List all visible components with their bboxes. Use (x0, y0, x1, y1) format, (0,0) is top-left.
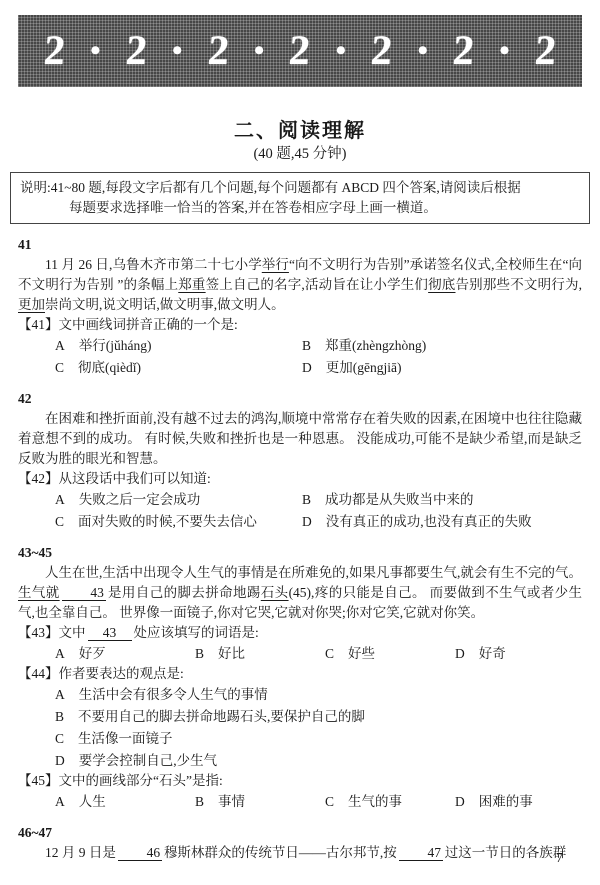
option-label: C (55, 358, 64, 378)
passage-segment: 过这一节日的各族群 (445, 845, 567, 860)
option-label: A (55, 490, 65, 510)
band-dot-icon: • (499, 41, 510, 61)
passage-segment: 是用自己的脚去拼命地踢 (108, 585, 261, 600)
passage-segment: 签上自己的名字,活动旨在让小学生们 (206, 277, 429, 292)
band-numeral: 2 (452, 41, 474, 61)
option-42-a: A失败之后一定会成功 (55, 490, 302, 510)
option-label: B (195, 644, 204, 664)
instructions-line-2: 每题要求选择唯一恰当的答案,并在答卷相应字母上画一横道。 (69, 198, 580, 218)
option-44-b: B不要用自己的脚去拼命地踢石头,要保护自己的脚 (55, 707, 582, 727)
option-42-c: C面对失败的时候,不要失去信心 (55, 512, 302, 532)
band-numeral: 2 (125, 41, 147, 61)
question-number-46-47: 46~47 (18, 823, 582, 843)
option-45-b: B事情 (195, 792, 325, 812)
option-text: 生活中会有很多令人生气的事情 (79, 687, 268, 702)
option-41-d: D更加(gēngjiā) (302, 358, 582, 378)
underlined-word: 举行 (262, 257, 289, 272)
option-text: 好奇 (479, 646, 506, 661)
instructions-line-1: 说明:41~80 题,每段文字后都有几个问题,每个问题都有 ABCD 四个答案,… (20, 178, 580, 198)
option-label: C (55, 729, 64, 749)
options-43: A好歹 B好比 C好些 D好奇 (18, 644, 582, 664)
band-dot-icon: • (90, 41, 101, 61)
fill-blank-47: 47 (399, 845, 443, 861)
option-text: 成功都是从失败当中来的 (325, 492, 474, 507)
option-text: 生活像一面镜子 (78, 731, 173, 746)
option-text: 人生 (79, 794, 106, 809)
question-stem-42: 【42】从这段话中我们可以知道: (18, 469, 582, 489)
option-label: D (455, 792, 465, 812)
page-header-band: 2 • 2 • 2 • 2 • 2 • 2 • 2 (18, 15, 582, 87)
underlined-word: 彻底 (428, 277, 455, 292)
band-dot-icon: • (417, 41, 428, 61)
option-42-b: B成功都是从失败当中来的 (302, 490, 582, 510)
option-41-a: A举行(jǔháng) (55, 336, 302, 356)
option-44-a: A生活中会有很多令人生气的事情 (55, 685, 582, 705)
section-subtitle: (40 题,45 分钟) (18, 144, 582, 164)
option-43-c: C好些 (325, 644, 455, 664)
option-45-a: A人生 (55, 792, 195, 812)
passage-43-45: 人生在世,生活中出现令人生气的事情是在所难免的,如果凡事都要生气,就会有生不完的… (18, 563, 582, 623)
option-label: C (325, 792, 334, 812)
section-title: 二、阅读理解 (18, 121, 582, 141)
option-text: 好比 (218, 646, 245, 661)
option-text: 困难的事 (479, 794, 533, 809)
option-label: C (55, 512, 64, 532)
option-41-b: B郑重(zhèngzhòng) (302, 336, 582, 356)
option-label: A (55, 644, 65, 664)
option-text: 事情 (218, 794, 245, 809)
fill-blank-ref-43: 43 (88, 625, 132, 641)
option-label: A (55, 685, 65, 705)
band-numeral: 2 (289, 41, 311, 61)
option-label: A (55, 792, 65, 812)
option-45-d: D困难的事 (455, 792, 582, 812)
option-text: 生气的事 (348, 794, 402, 809)
question-number-43-45: 43~45 (18, 543, 582, 563)
option-label: D (455, 644, 465, 664)
option-label: B (302, 336, 311, 356)
band-numeral: 2 (207, 41, 229, 61)
instructions-box: 说明:41~80 题,每段文字后都有几个问题,每个问题都有 ABCD 四个答案,… (10, 172, 590, 224)
option-43-d: D好奇 (455, 644, 582, 664)
option-label: D (302, 512, 312, 532)
option-text: 没有真正的成功,也没有真正的失败 (326, 514, 532, 529)
option-text: 举行(jǔháng) (79, 338, 152, 353)
underlined-word: 生气就 (18, 585, 60, 600)
band-dot-icon: • (254, 41, 265, 61)
option-label: B (195, 792, 204, 812)
fill-blank-46: 46 (118, 845, 162, 861)
question-block-43-45: 43~45 人生在世,生活中出现令人生气的事情是在所难免的,如果凡事都要生气,就… (18, 543, 582, 812)
option-41-c: C彻底(qièdǐ) (55, 358, 302, 378)
passage-segment: 告别那些不文明行为, (456, 277, 583, 292)
option-text: 好歹 (79, 646, 106, 661)
underlined-word: 石头 (261, 585, 289, 600)
band-numeral: 2 (371, 41, 393, 61)
option-label: D (302, 358, 312, 378)
band-numeral: 2 (43, 41, 65, 61)
passage-segment: 11 月 26 日,乌鲁木齐市第二十七小学 (45, 257, 262, 272)
passage-46-47: 12 月 9 日是46穆斯林群众的传统节日——古尔邦节,按47过这一节日的各族群 (18, 843, 582, 863)
options-44: A生活中会有很多令人生气的事情 B不要用自己的脚去拼命地踢石头,要保护自己的脚 … (18, 685, 582, 771)
option-text: 彻底(qièdǐ) (78, 360, 141, 375)
page-number: 7 (556, 849, 563, 869)
passage-segment: 12 月 9 日是 (45, 845, 116, 860)
question-stem-44: 【44】作者要表达的观点是: (18, 664, 582, 684)
option-text: 好些 (348, 646, 375, 661)
band-dot-icon: • (336, 41, 347, 61)
option-label: D (55, 751, 65, 771)
question-block-41: 41 11 月 26 日,乌鲁木齐市第二十七小学举行“向不文明行为告别”承诺签名… (18, 235, 582, 378)
option-label: C (325, 644, 334, 664)
options-42: A失败之后一定会成功 B成功都是从失败当中来的 C面对失败的时候,不要失去信心 … (18, 490, 582, 532)
question-number-41: 41 (18, 235, 582, 255)
question-stem-43: 【43】文中43处应该填写的词语是: (18, 623, 582, 643)
underlined-word: 更加 (18, 297, 45, 312)
option-label: A (55, 336, 65, 356)
question-block-42: 42 在困难和挫折面前,没有越不过去的鸿沟,顺境中常常存在着失败的因素,在困境中… (18, 389, 582, 532)
passage-41: 11 月 26 日,乌鲁木齐市第二十七小学举行“向不文明行为告别”承诺签名仪式,… (18, 255, 582, 315)
passage-42: 在困难和挫折面前,没有越不过去的鸿沟,顺境中常常存在着失败的因素,在困境中也往往… (18, 409, 582, 469)
options-41: A举行(jǔháng) B郑重(zhèngzhòng) C彻底(qièdǐ) D… (18, 336, 582, 378)
stem-segment: 【43】文中 (18, 625, 86, 640)
option-text: 失败之后一定会成功 (79, 492, 201, 507)
question-stem-45: 【45】文中的画线部分“石头”是指: (18, 771, 582, 791)
band-numeral: 2 (534, 41, 556, 61)
option-label: B (302, 490, 311, 510)
question-number-42: 42 (18, 389, 582, 409)
option-text: 面对失败的时候,不要失去信心 (78, 514, 257, 529)
exam-page: 2 • 2 • 2 • 2 • 2 • 2 • 2 二、阅读理解 (40 题,4… (0, 0, 600, 885)
fill-blank-43: 43 (62, 585, 106, 601)
passage-segment: 人生在世,生活中出现令人生气的事情是在所难免的,如果凡事都要生气,就会有生不完的… (45, 565, 582, 580)
options-45: A人生 B事情 C生气的事 D困难的事 (18, 792, 582, 812)
stem-segment: 处应该填写的词语是: (134, 625, 259, 640)
option-text: 不要用自己的脚去拼命地踢石头,要保护自己的脚 (78, 709, 365, 724)
option-42-d: D没有真正的成功,也没有真正的失败 (302, 512, 582, 532)
question-block-46-47: 46~47 12 月 9 日是46穆斯林群众的传统节日——古尔邦节,按47过这一… (18, 823, 582, 863)
option-text: 郑重(zhèngzhòng) (325, 338, 426, 353)
option-45-c: C生气的事 (325, 792, 455, 812)
option-label: B (55, 707, 64, 727)
underlined-word: 郑重 (178, 277, 205, 292)
option-43-b: B好比 (195, 644, 325, 664)
band-dot-icon: • (172, 41, 183, 61)
option-44-d: D要学会控制自己,少生气 (55, 751, 582, 771)
option-text: 更加(gēngjiā) (326, 360, 402, 375)
question-stem-41: 【41】文中画线词拼音正确的一个是: (18, 315, 582, 335)
option-44-c: C生活像一面镜子 (55, 729, 582, 749)
option-text: 要学会控制自己,少生气 (79, 753, 217, 768)
option-43-a: A好歹 (55, 644, 195, 664)
passage-segment: 穆斯林群众的传统节日——古尔邦节,按 (164, 845, 397, 860)
passage-segment: 崇尚文明,说文明话,做文明事,做文明人。 (45, 297, 285, 312)
